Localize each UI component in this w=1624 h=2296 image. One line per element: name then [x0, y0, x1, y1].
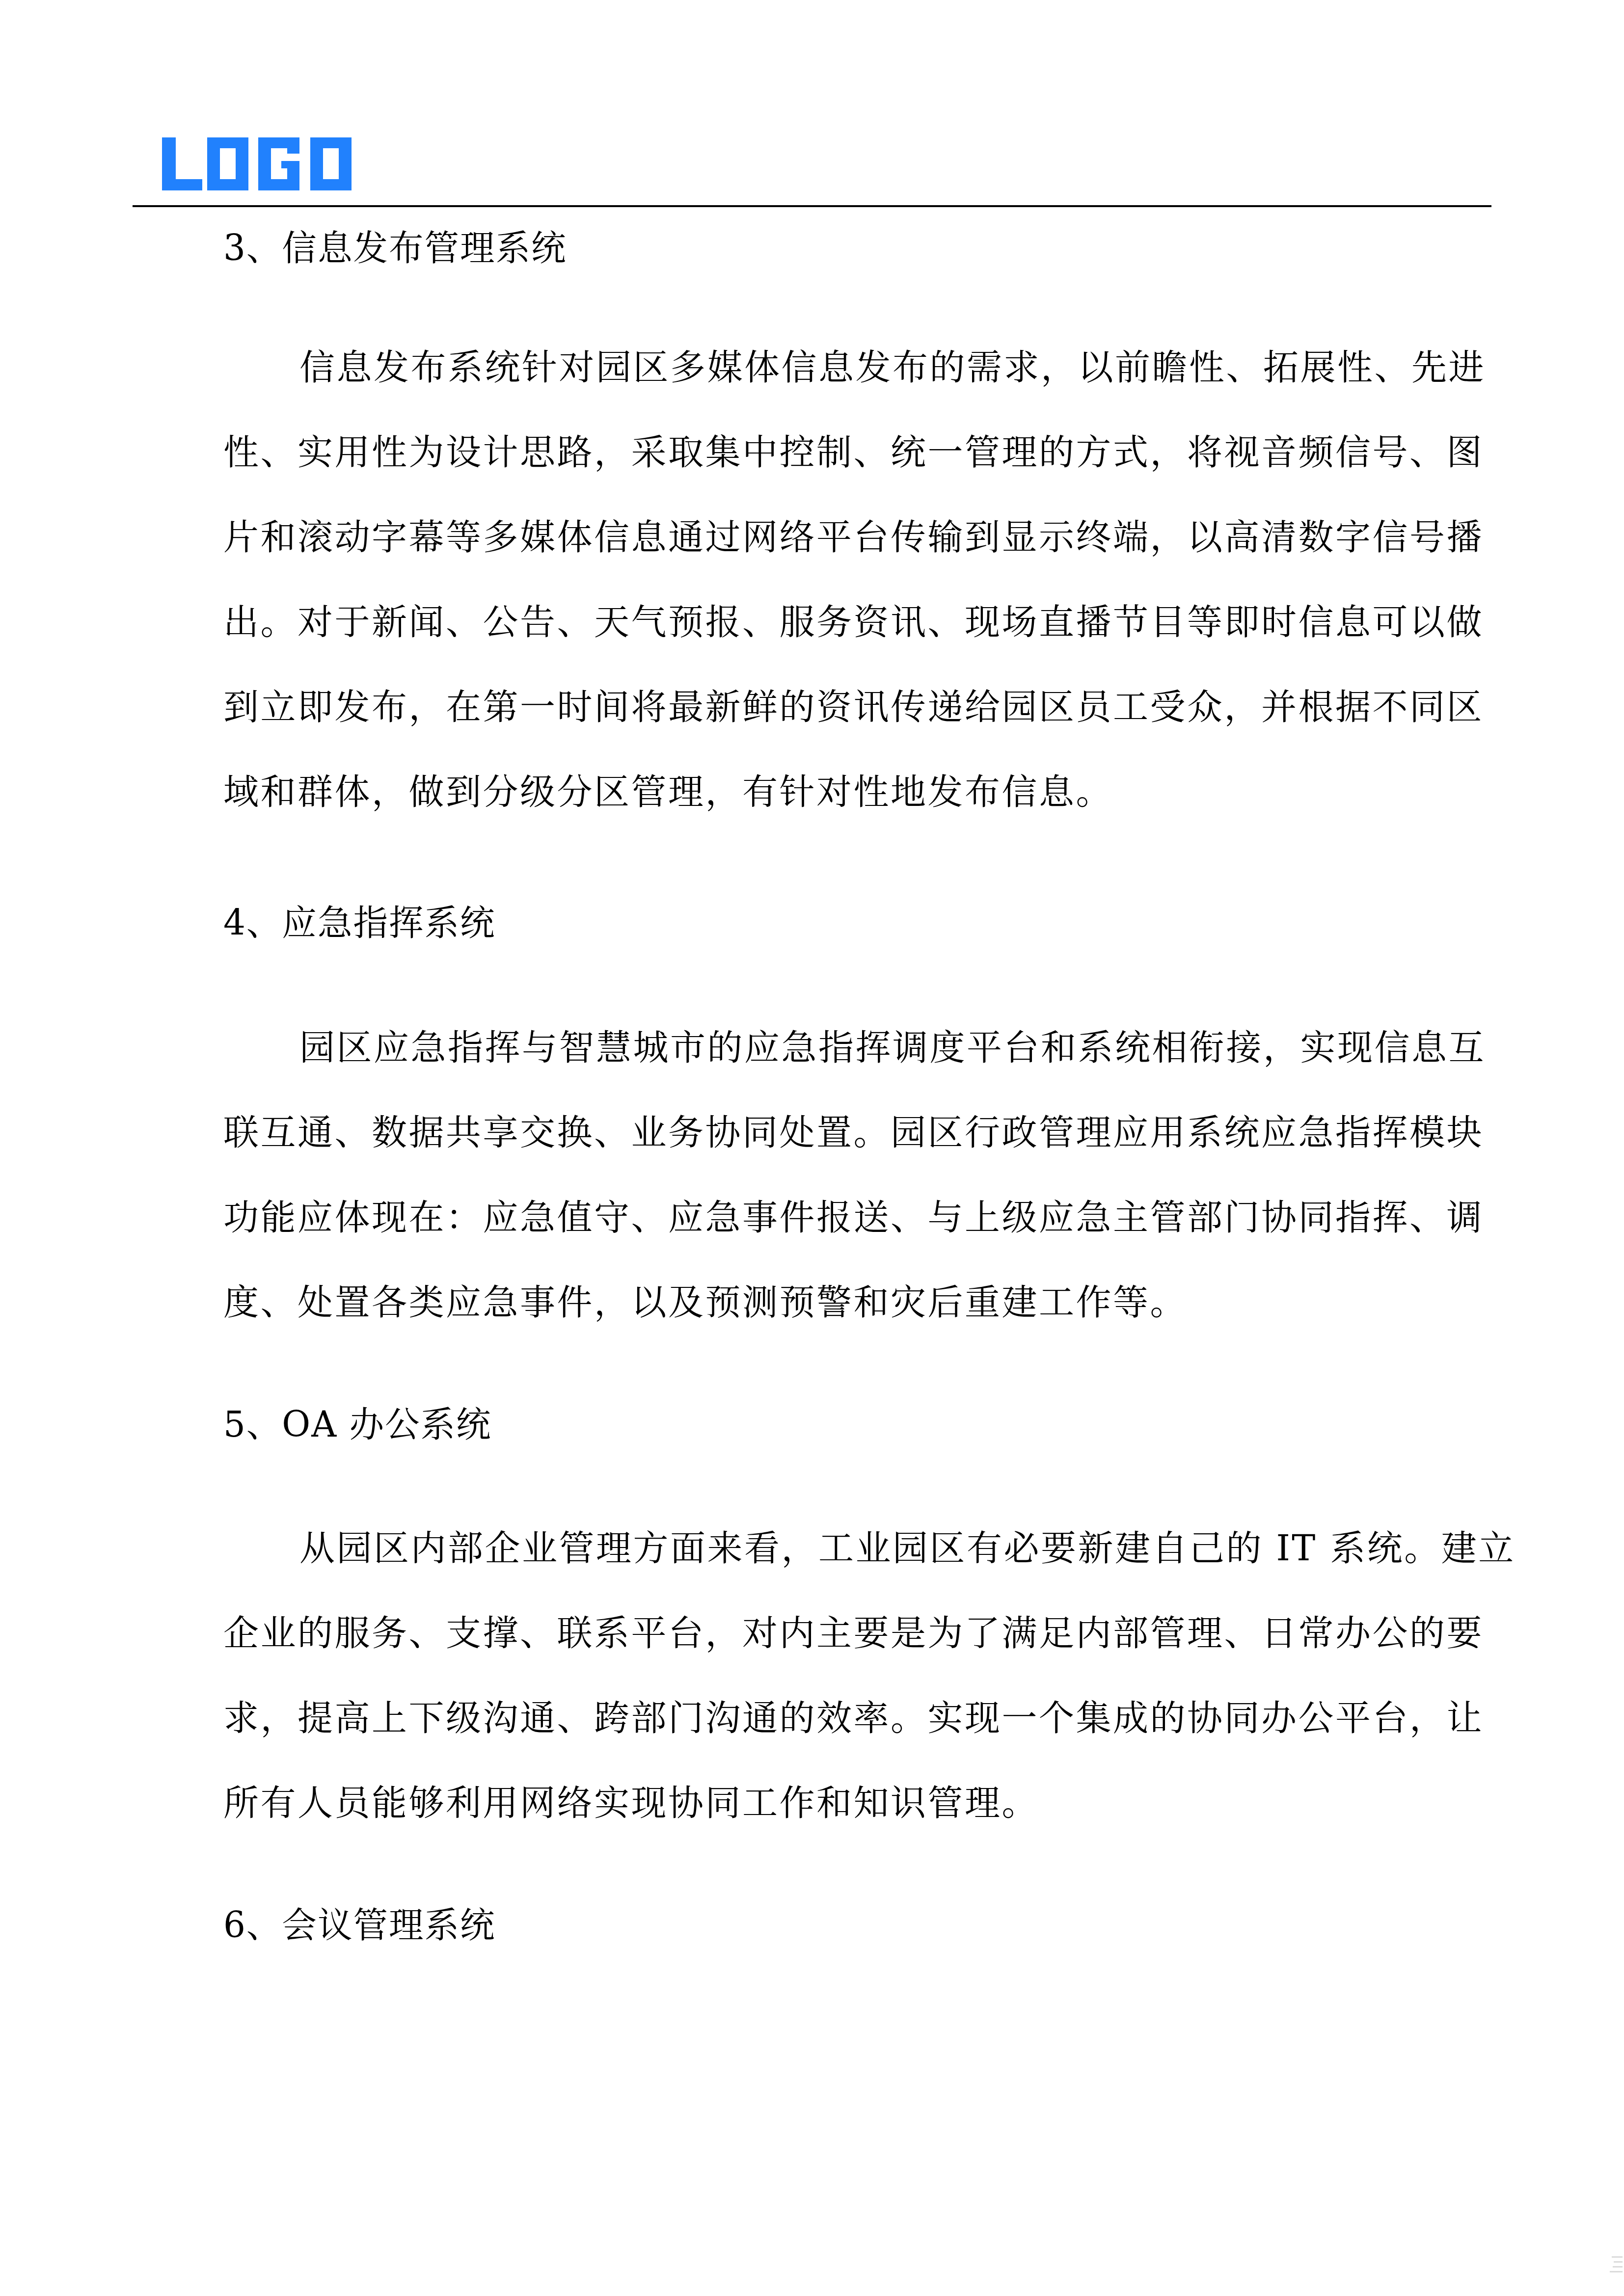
- paragraph-line: 到立即发布，在第一时间将最新鲜的资讯传递给园区员工受众，并根据不同区: [147, 665, 1453, 749]
- paragraph-line: 域和群体，做到分级分区管理，有针对性地发布信息。: [147, 749, 1453, 834]
- paragraph-line: 片和滚动字幕等多媒体信息通过网络平台传输到显示终端，以高清数字信号播: [147, 495, 1453, 580]
- paragraph-line: 出。对于新闻、公告、天气预报、服务资讯、现场直播节目等即时信息可以做: [147, 580, 1453, 665]
- paragraph-line: 度、处置各类应急事件，以及预测预警和灾后重建工作等。: [147, 1260, 1453, 1345]
- section-paragraph-3: 信息发布系统针对园区多媒体信息发布的需求，以前瞻性、拓展性、先进 性、实用性为设…: [147, 325, 1453, 834]
- logo-icon: [162, 137, 358, 191]
- section-heading-6: 6、会议管理系统: [223, 1900, 495, 1949]
- section-heading-5: 5、OA 办公系统: [223, 1400, 492, 1449]
- paragraph-line: 园区应急指挥与智慧城市的应急指挥调度平台和系统相衔接，实现信息互: [147, 1005, 1453, 1090]
- section-paragraph-4: 园区应急指挥与智慧城市的应急指挥调度平台和系统相衔接，实现信息互 联互通、数据共…: [147, 1005, 1453, 1345]
- paragraph-line: 所有人员能够利用网络实现协同工作和知识管理。: [147, 1761, 1453, 1845]
- section-heading-3: 3、信息发布管理系统: [223, 223, 567, 272]
- paragraph-line: 从园区内部企业管理方面来看，工业园区有必要新建自己的 IT 系统。建立: [147, 1506, 1453, 1591]
- paragraph-line: 性、实用性为设计思路，采取集中控制、统一管理的方式，将视音频信号、图: [147, 410, 1453, 495]
- paragraph-line: 企业的服务、支撑、联系平台，对内主要是为了满足内部管理、日常办公的要: [147, 1591, 1453, 1676]
- page-corner-mark: [1598, 2253, 1623, 2277]
- section-heading-4: 4、应急指挥系统: [223, 898, 495, 947]
- paragraph-line: 联互通、数据共享交换、业务协同处置。园区行政管理应用系统应急指挥模块: [147, 1090, 1453, 1175]
- paragraph-line: 信息发布系统针对园区多媒体信息发布的需求，以前瞻性、拓展性、先进: [147, 325, 1453, 410]
- paragraph-line: 功能应体现在：应急值守、应急事件报送、与上级应急主管部门协同指挥、调: [147, 1175, 1453, 1260]
- logo: [162, 137, 358, 191]
- document-page: 3、信息发布管理系统 信息发布系统针对园区多媒体信息发布的需求，以前瞻性、拓展性…: [0, 0, 1624, 2296]
- header-divider: [133, 205, 1491, 207]
- paragraph-line: 求，提高上下级沟通、跨部门沟通的效率。实现一个集成的协同办公平台，让: [147, 1676, 1453, 1761]
- section-paragraph-5: 从园区内部企业管理方面来看，工业园区有必要新建自己的 IT 系统。建立 企业的服…: [147, 1506, 1453, 1845]
